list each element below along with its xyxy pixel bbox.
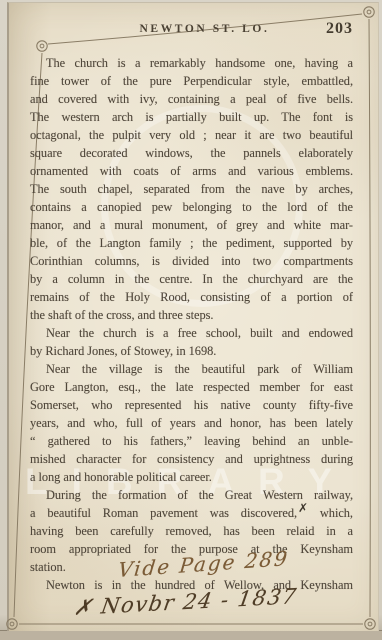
text-line: years, and who, full of years and honor,…	[30, 414, 353, 432]
text-line: ble, of the Langton family ; the pedimen…	[30, 234, 353, 252]
handwritten-x-mark: ✗	[298, 501, 308, 515]
scanned-book-page: LIBRARY NEWTON ST. LO. 203 The church is…	[0, 0, 382, 640]
page-header: NEWTON ST. LO. 203	[30, 23, 353, 43]
text-line: a long and honorable political career.	[30, 468, 353, 486]
text-line: the shaft of the cross, and three steps.	[30, 306, 353, 324]
text-line: a beautiful Roman pavement was discovere…	[30, 504, 353, 522]
text-line: The western arch is partially built up. …	[30, 108, 353, 126]
text-line: ornamented with coats of arms and variou…	[30, 162, 353, 180]
text-line: Somerset, who represented his native cou…	[30, 396, 353, 414]
text-line: mished character for consistency and upr…	[30, 450, 353, 468]
page-number: 203	[326, 20, 353, 38]
page-body: The church is a remarkably handsome one,…	[30, 54, 353, 594]
text-line: The south chapel, separated from the nav…	[30, 180, 353, 198]
text-line: by Richard Jones, of Stowey, in 1698.	[30, 342, 353, 360]
scan-backdrop	[0, 630, 382, 640]
text-line: “ gathered to his fathers,” leaving behi…	[30, 432, 353, 450]
text-line: contains a canopied pew belonging to the…	[30, 198, 353, 216]
text-line: manor, and a mural monument, of grey and…	[30, 216, 353, 234]
text-line: by a column in the centre. In the church…	[30, 270, 353, 288]
text-line: Gore Langton, esq., the late respected m…	[30, 378, 353, 396]
text-line: octagonal, the pulpit very old ; near it…	[30, 126, 353, 144]
text-line: and covered with ivy, containing a peal …	[30, 90, 353, 108]
text-line: having been carefully removed, has been …	[30, 522, 353, 540]
text-line: remains of the Holy Rood, consisting of …	[30, 288, 353, 306]
text-line: Near the church is a free school, built …	[30, 324, 353, 342]
text-line: square decorated windows, the pannels el…	[30, 144, 353, 162]
text-line: The church is a remarkably handsome one,…	[30, 54, 353, 72]
text-line: Corinthian columns, is divided into two …	[30, 252, 353, 270]
running-title: NEWTON ST. LO.	[43, 23, 366, 35]
text-line: Near the village is the beautiful park o…	[30, 360, 353, 378]
text-line: fine tower of the pure Perpendicular sty…	[30, 72, 353, 90]
